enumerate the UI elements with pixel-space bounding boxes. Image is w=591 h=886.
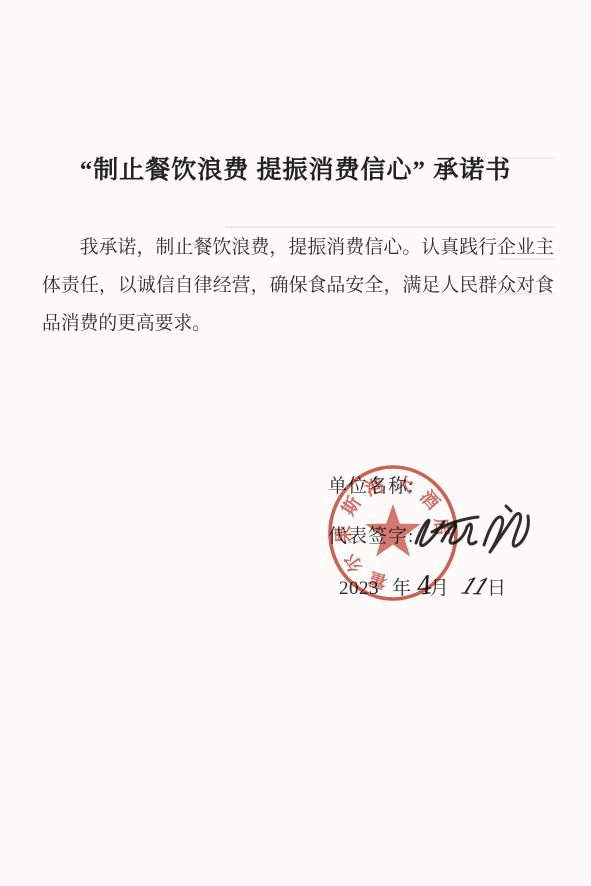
svg-text:港: 港 [362, 474, 387, 500]
company-seal-stamp: 霍尔果斯港大酒店 [323, 460, 463, 606]
svg-text:霍: 霍 [366, 568, 390, 594]
document-page: “制止餐饮浪费 提振消费信心” 承诺书 我承诺，制止餐饮浪费，提振消费信心。认真… [0, 0, 591, 886]
star-icon [365, 504, 420, 557]
document-title: “制止餐饮浪费 提振消费信心” 承诺书 [0, 150, 591, 186]
svg-text:店: 店 [431, 517, 454, 537]
scan-artifact [497, 293, 555, 295]
scan-artifact [500, 258, 555, 260]
commitment-paragraph: 我承诺，制止餐饮浪费，提振消费信心。认真践行企业主体责任，以诚信自律经营，确保食… [42, 229, 554, 343]
scan-artifact [225, 226, 555, 228]
scan-artifact [480, 157, 555, 159]
svg-text:果: 果 [333, 525, 354, 544]
svg-text:大: 大 [393, 472, 415, 497]
